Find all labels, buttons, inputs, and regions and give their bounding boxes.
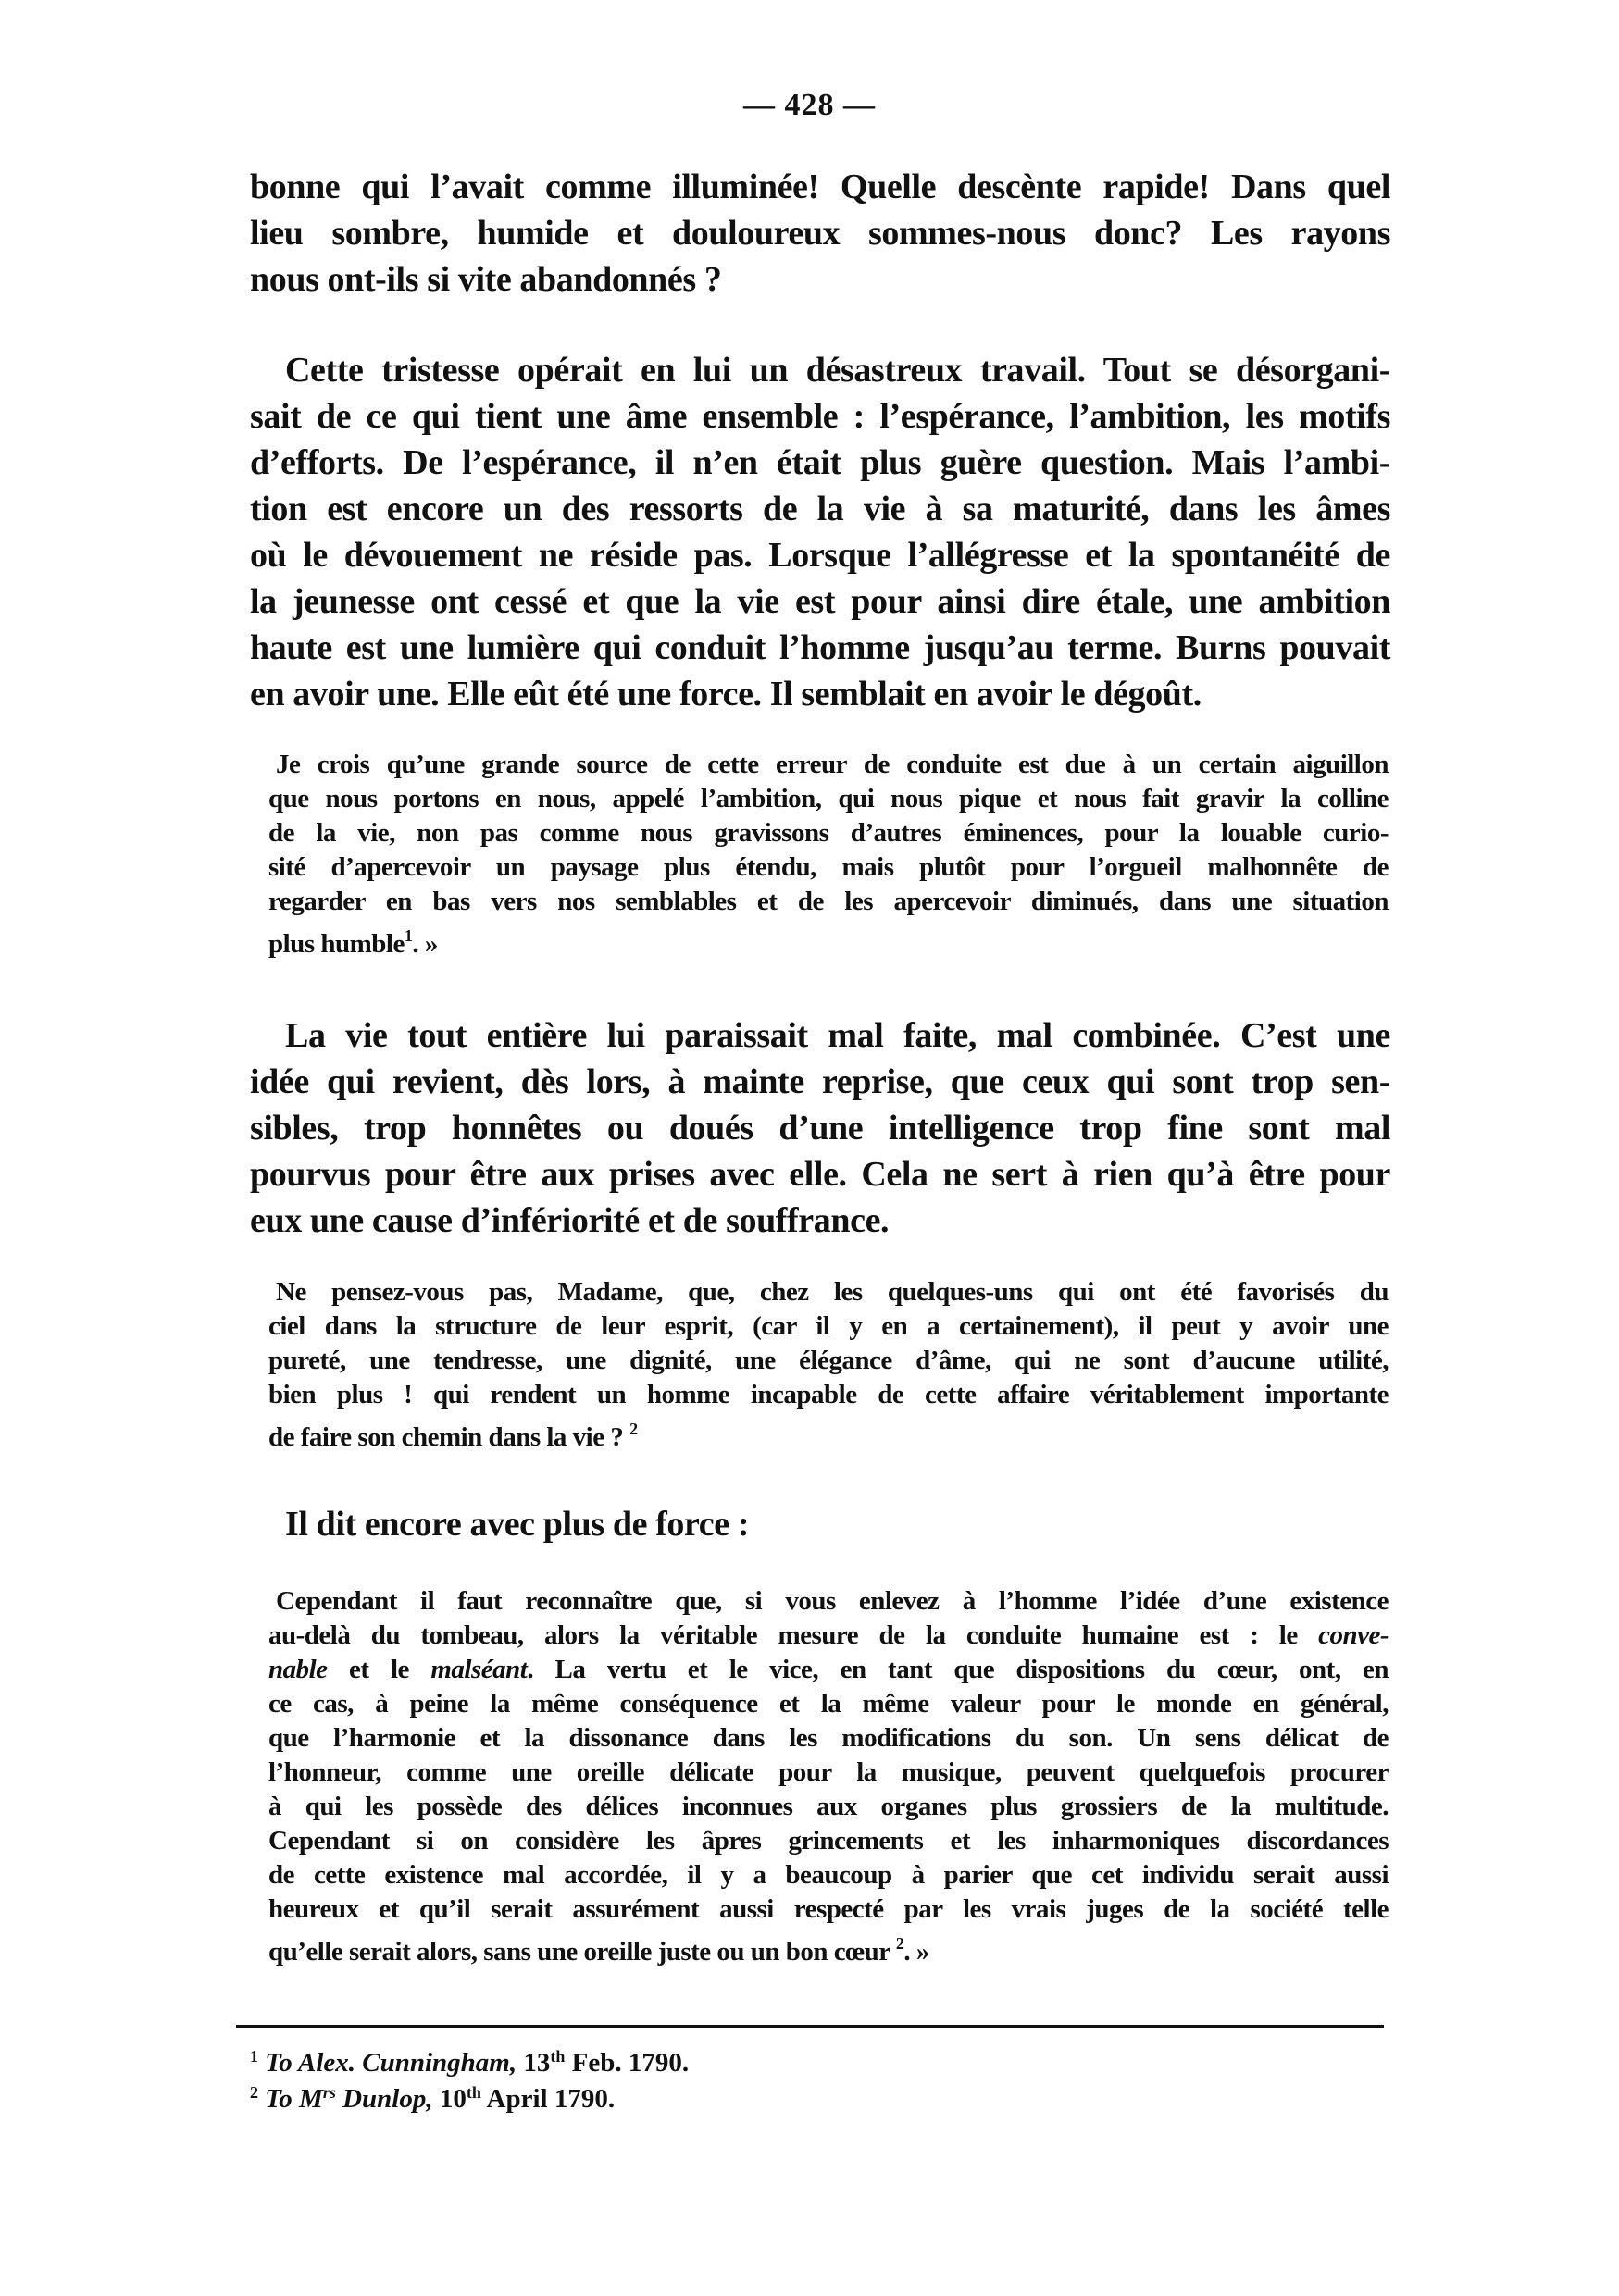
quote-line: ce cas, à peine la même conséquence et l… xyxy=(268,1687,1389,1720)
italic-term: nable xyxy=(268,1655,328,1684)
footnote-day-suffix: th xyxy=(467,2083,481,2102)
quote-line: sité d’apercevoir un paysage plus étendu… xyxy=(268,850,1389,884)
page-number: — 428 — xyxy=(0,88,1619,123)
book-page: — 428 — bonne qui l’avait comme illuminé… xyxy=(0,0,1619,2296)
footnote-recipient-prefix: To M xyxy=(265,2084,323,2114)
text-line: sibles, trop honnêtes ou doués d’une int… xyxy=(250,1108,1390,1148)
quote-line: Cependant il faut reconnaître que, si vo… xyxy=(268,1584,1389,1618)
quote-text: . La vertu et le vice, en tant que dispo… xyxy=(527,1655,1389,1684)
footnote-day: 10 xyxy=(440,2084,467,2114)
quote-text: et le xyxy=(349,1655,409,1684)
footnote-2: 2 To Mrs Dunlop, 10th April 1790. xyxy=(250,2083,615,2115)
text-line: Il dit encore avec plus de force : xyxy=(250,1504,1390,1545)
quote-text: qu’elle serait alors, sans une oreille j… xyxy=(268,1937,890,1967)
quote-line: de cette existence mal accordée, il y a … xyxy=(268,1858,1389,1892)
italic-term: conve- xyxy=(1318,1620,1389,1650)
quote-line: nable et le malséant. La vertu et le vic… xyxy=(268,1653,1389,1686)
footnote-marker: 1 xyxy=(250,2047,258,2066)
text-line: tion est encore un des ressorts de la vi… xyxy=(250,489,1390,529)
footnote-recipient-sup: rs xyxy=(323,2083,336,2102)
quote-text: au-delà du tombeau, alors la véritable m… xyxy=(268,1620,1298,1650)
quote-line: ciel dans la structure de leur esprit, (… xyxy=(268,1309,1389,1343)
text-line: eux une cause d’infériorité et de souffr… xyxy=(250,1200,1390,1241)
footnote-date: Feb. 1790. xyxy=(572,2048,689,2078)
quote-line: qu’elle serait alors, sans une oreille j… xyxy=(268,1927,1389,1968)
text-line: Cette tristesse opérait en lui un désast… xyxy=(250,350,1390,391)
text-line: d’efforts. De l’espérance, il n’en était… xyxy=(250,442,1390,483)
text-line: nous ont-ils si vite abandonnés ? xyxy=(250,259,1390,300)
footnote-1: 1 To Alex. Cunningham, 13th Feb. 1790. xyxy=(250,2047,689,2079)
quote-text: de faire son chemin dans la vie ? xyxy=(268,1422,623,1452)
text-line: la jeunesse ont cessé et que la vie est … xyxy=(250,581,1390,622)
quote-line: à qui les possède des délices inconnues … xyxy=(268,1790,1389,1823)
quote-line: de faire son chemin dans la vie ? 2 xyxy=(268,1412,1389,1454)
footnote-recipient: To Alex. Cunningham, xyxy=(265,2048,517,2078)
text-line: pourvus pour être aux prises avec elle. … xyxy=(250,1154,1390,1195)
quote-line: bien plus ! qui rendent un homme incapab… xyxy=(268,1378,1389,1411)
quote-close: . » xyxy=(412,929,438,959)
quote-close: . » xyxy=(903,1937,929,1967)
footnote-recipient-name: Dunlop, xyxy=(342,2084,433,2114)
quote-line: l’honneur, comme une oreille délicate po… xyxy=(268,1756,1389,1789)
quote-text: plus humble xyxy=(268,929,405,959)
italic-term: malséant xyxy=(430,1655,527,1684)
quote-line: heureux et qu’il serait assurément aussi… xyxy=(268,1893,1389,1926)
footnote-day-suffix: th xyxy=(550,2047,565,2066)
text-line: lieu sombre, humide et douloureux sommes… xyxy=(250,213,1390,254)
quote-line: de la vie, non pas comme nous gravissons… xyxy=(268,816,1389,850)
footnote-date: April 1790. xyxy=(487,2084,616,2114)
text-line: bonne qui l’avait comme illuminée! Quell… xyxy=(250,167,1390,207)
footnote-divider xyxy=(236,2025,1384,2028)
quote-line: Ne pensez-vous pas, Madame, que, chez le… xyxy=(268,1275,1389,1309)
quote-line: regarder en bas vers nos semblables et d… xyxy=(268,885,1389,918)
footnote-ref-2[interactable]: 2 xyxy=(629,1420,638,1438)
text-line: haute est une lumière qui conduit l’homm… xyxy=(250,627,1390,668)
text-line: sait de ce qui tient une âme ensemble : … xyxy=(250,396,1390,437)
footnote-marker: 2 xyxy=(250,2083,258,2102)
quote-line: au-delà du tombeau, alors la véritable m… xyxy=(268,1619,1389,1652)
quote-line: Cependant si on considère les âpres grin… xyxy=(268,1824,1389,1857)
text-line: en avoir une. Elle eût été une force. Il… xyxy=(250,674,1390,714)
text-line: idée qui revient, dès lors, à mainte rep… xyxy=(250,1061,1390,1102)
text-line: où le dévouement ne réside pas. Lorsque … xyxy=(250,535,1390,576)
footnote-day: 13 xyxy=(523,2048,550,2078)
quote-line: pureté, une tendresse, une dignité, une … xyxy=(268,1344,1389,1377)
text-line: La vie tout entière lui paraissait mal f… xyxy=(250,1015,1390,1056)
quote-line: Je crois qu’une grande source de cette e… xyxy=(268,748,1389,781)
quote-line: que nous portons en nous, appelé l’ambit… xyxy=(268,782,1389,815)
quote-line: que l’harmonie et la dissonance dans les… xyxy=(268,1721,1389,1755)
quote-line: plus humble1. » xyxy=(268,919,1389,961)
